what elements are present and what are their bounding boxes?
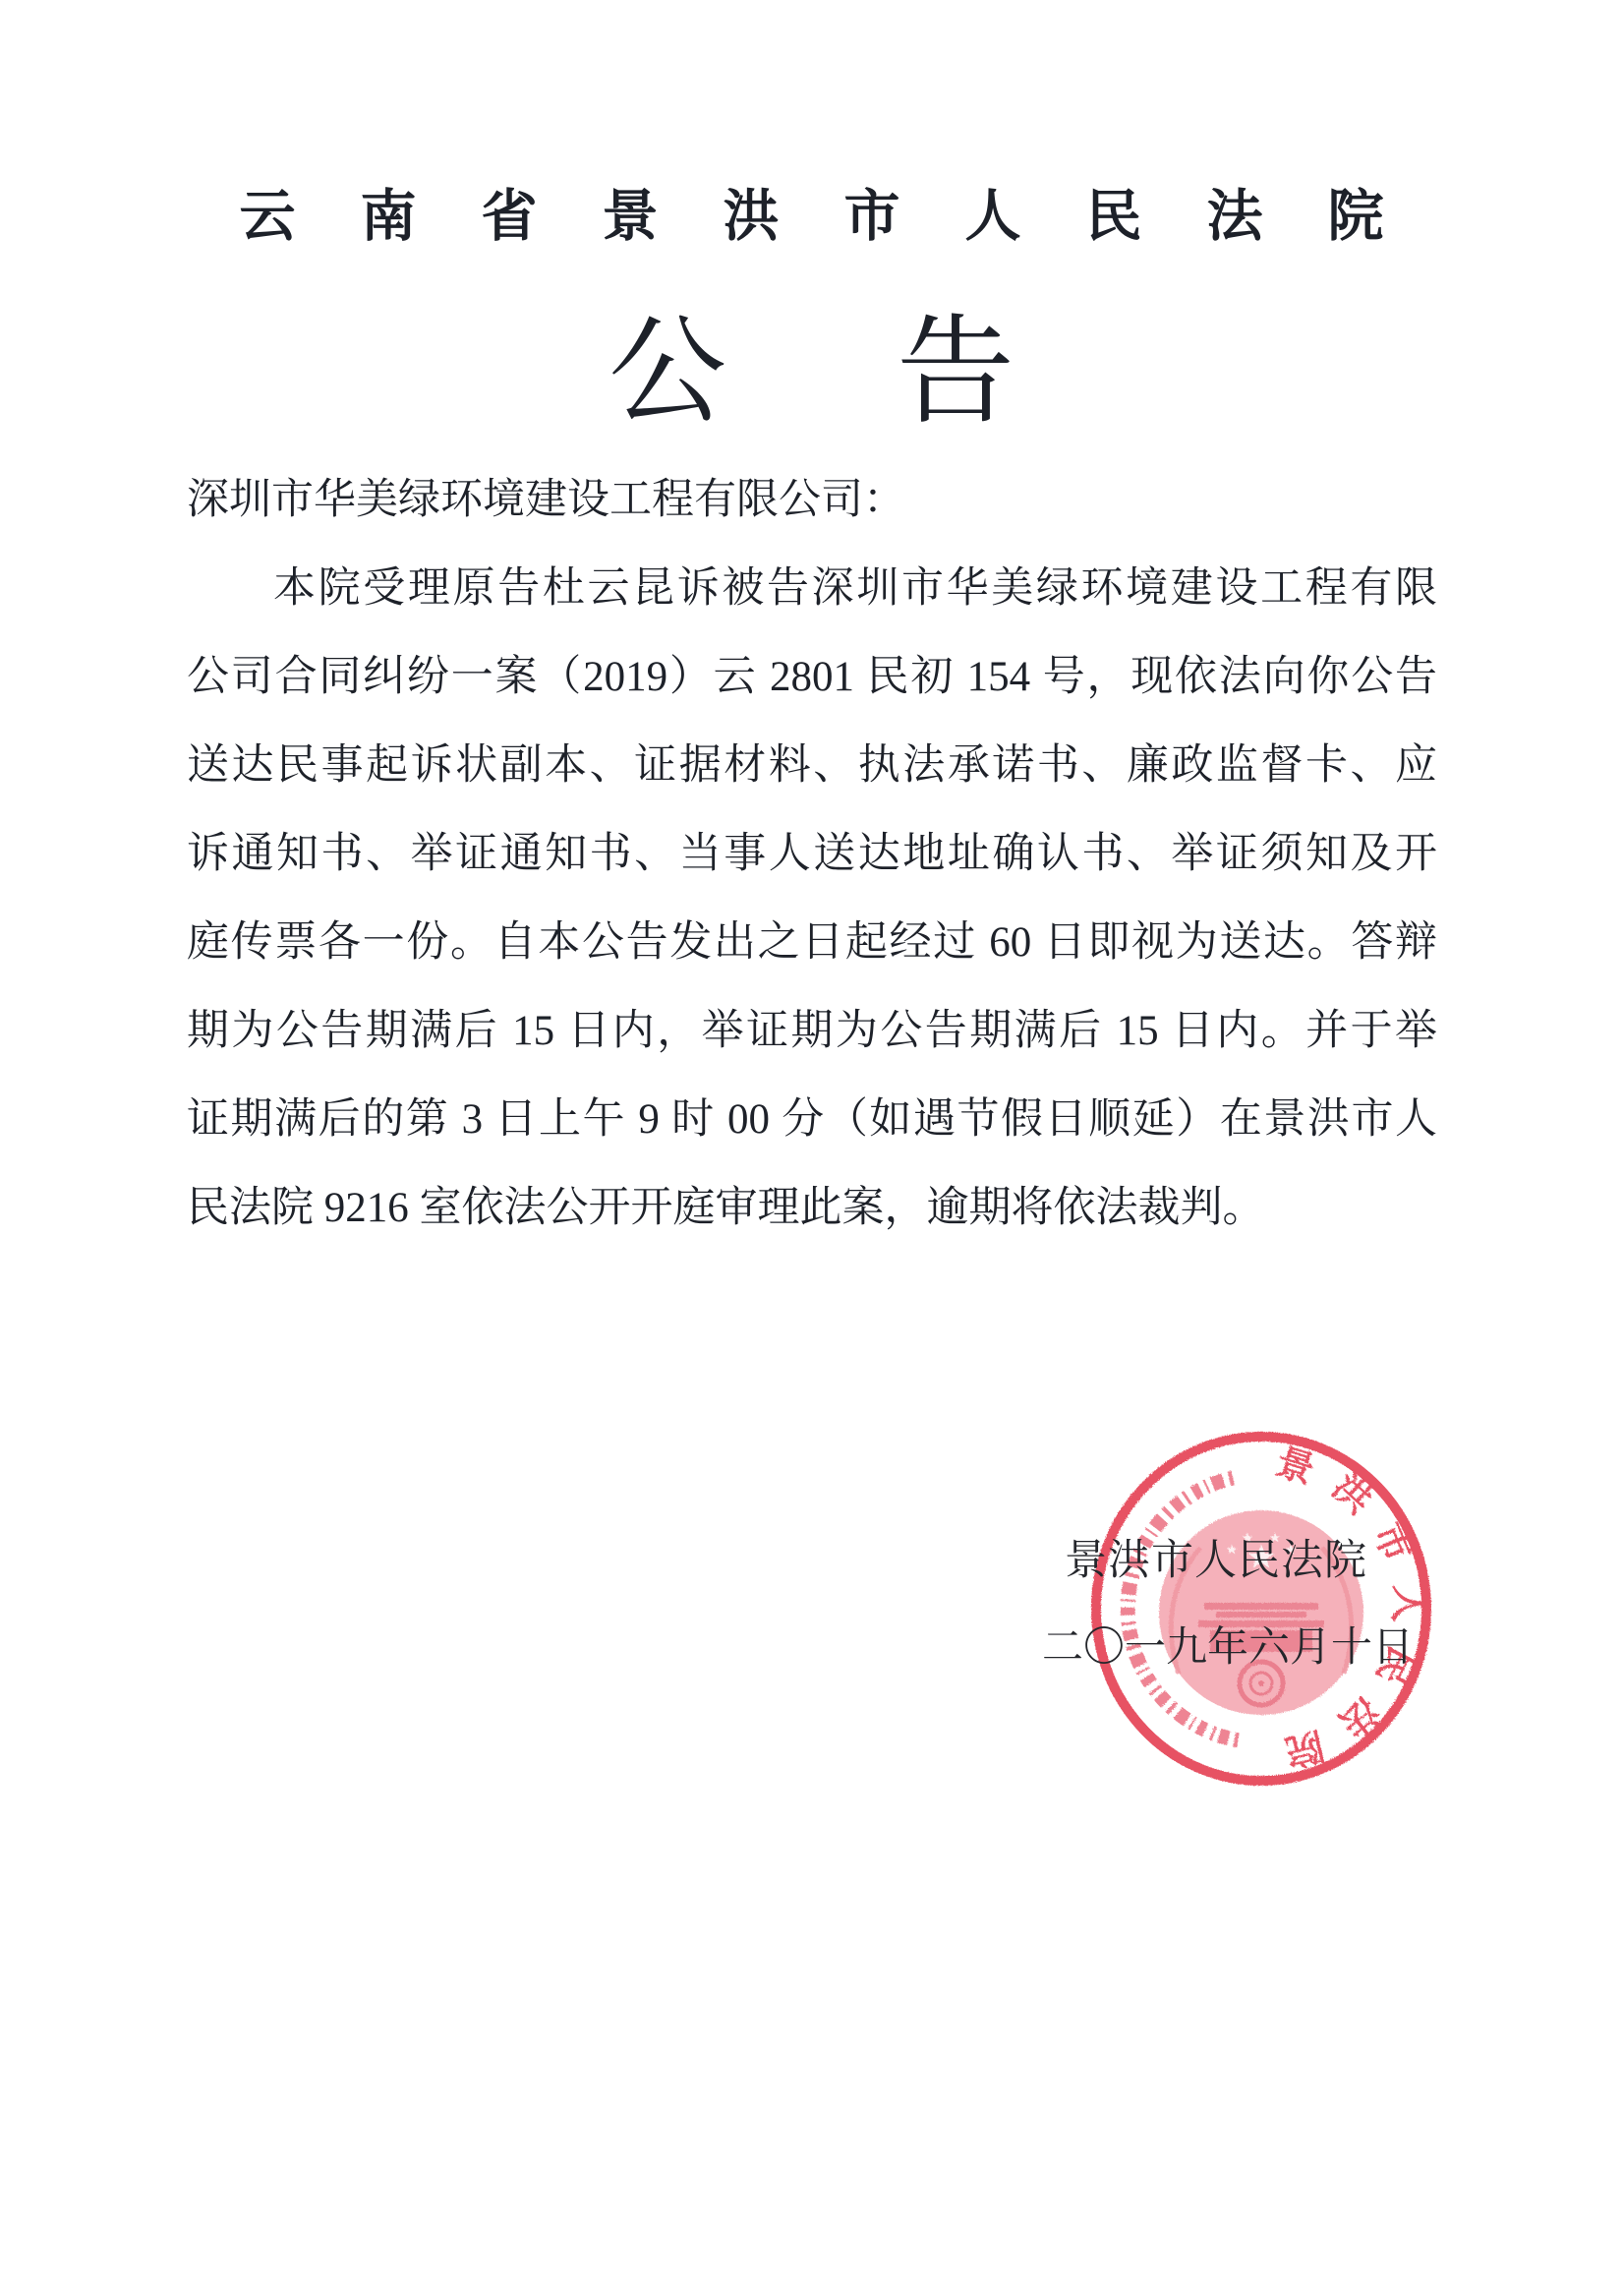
court-notice-page: 云南省景洪市人民法院 公告 深圳市华美绿环境建设工程有限公司： 本院受理原告杜云… [0,0,1623,2296]
body-line-8: 民法院 9216 室依法公开开庭审理此案，逾期将依法裁判。 [187,1164,1437,1253]
body-line-7: 证期满后的第 3 日上午 9 时 00 分（如遇节假日顺延）在景洪市人 [187,1076,1437,1164]
addressee-line: 深圳市华美绿环境建设工程有限公司： [187,456,1437,545]
body-line-2: 公司合同纠纷一案（2019）云 2801 民初 154 号，现依法向你公告 [187,633,1437,722]
page-title-court-name: 云南省景洪市人民法院 [0,185,1623,250]
body-line-4: 诉通知书、举证通知书、当事人送达地址确认书、举证须知及开 [187,810,1437,899]
body-line-1: 本院受理原告杜云昆诉被告深圳市华美绿环境建设工程有限 [187,545,1437,633]
notice-body: 深圳市华美绿环境建设工程有限公司： 本院受理原告杜云昆诉被告深圳市华美绿环境建设… [187,456,1437,1253]
official-seal-stamp: 景洪市人民法院 [1065,1412,1458,1805]
doc-type-title: 公告 [0,309,1623,437]
body-line-6: 期为公告期满后 15 日内，举证期为公告期满后 15 日内。并于举 [187,987,1437,1076]
signoff-court-name: 景洪市人民法院 [1065,1540,1367,1582]
body-line-3: 送达民事起诉状副本、证据材料、执法承诺书、廉政监督卡、应 [187,722,1437,810]
signoff-date: 二〇一九年六月十日 [1042,1627,1414,1669]
body-line-5: 庭传票各一份。自本公告发出之日起经过 60 日即视为送达。答辩 [187,899,1437,987]
